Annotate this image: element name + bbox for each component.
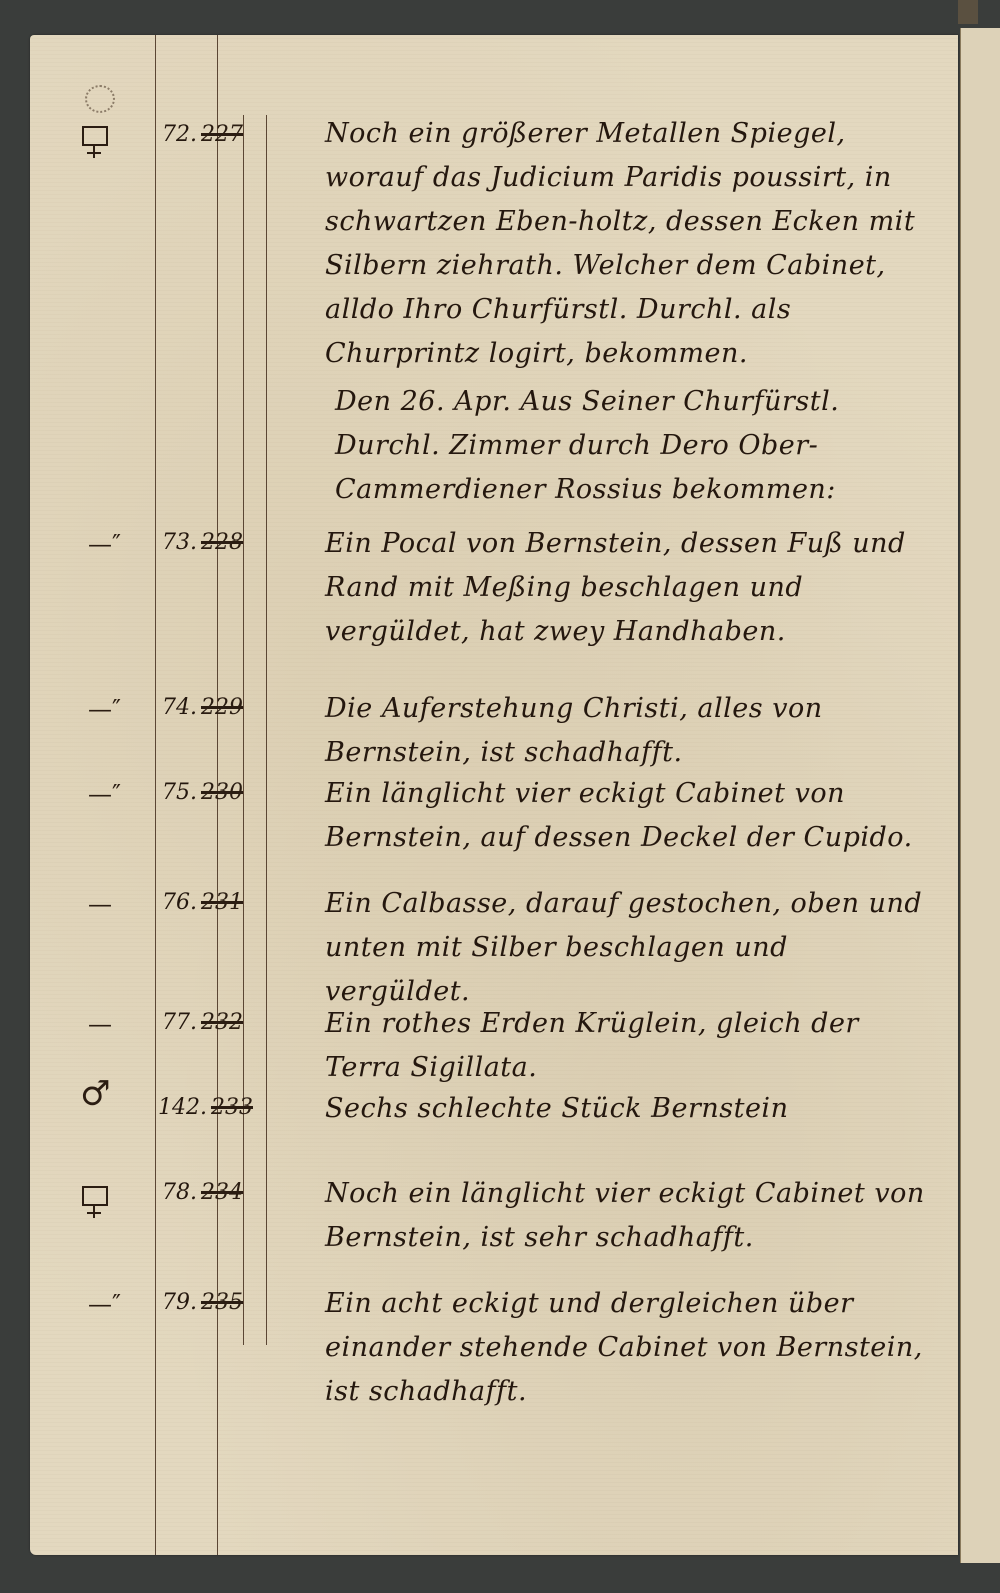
alchemical-box-symbol-icon: [82, 126, 108, 146]
entry-new-number: 142.: [158, 1095, 207, 1120]
entry-text: Sechs schlechte Stück Bernstein: [325, 1087, 935, 1131]
entry-text: Ein acht eckigt und dergleichen über ein…: [325, 1282, 935, 1414]
entry-new-number: 73.: [162, 530, 197, 555]
entry-text: Ein rothes Erden Krüglein, gleich der Te…: [325, 1002, 935, 1090]
margin-rule-4: [266, 115, 267, 1345]
entry-new-number: 72.: [162, 122, 197, 147]
ditto-marker: —″: [88, 1290, 121, 1318]
entry-number: 79.235: [162, 1290, 243, 1315]
dash-marker: —: [88, 890, 112, 918]
entry-old-number-struck: 233: [211, 1095, 253, 1120]
entry-new-number: 74.: [162, 695, 197, 720]
entry-text: Ein Calbasse, darauf gestochen, oben und…: [325, 882, 935, 1014]
dash-marker: —: [88, 1010, 112, 1038]
entry-text: Ein Pocal von Bernstein, dessen Fuß und …: [325, 522, 935, 654]
entry-number: 76.231: [162, 890, 243, 915]
entry-new-number: 79.: [162, 1290, 197, 1315]
mars-iron-symbol-icon: ♂: [80, 1077, 110, 1111]
ink-stamp-mark: [85, 85, 115, 113]
margin-rule-1: [155, 35, 156, 1555]
entry-number: 75.230: [162, 780, 243, 805]
entry-number: 73.228: [162, 530, 243, 555]
entry-old-number-struck: 235: [201, 1290, 243, 1315]
ditto-marker: —″: [88, 530, 121, 558]
entry-old-number-struck: 230: [201, 780, 243, 805]
entry-text: Ein länglicht vier eckigt Cabinet von Be…: [325, 772, 935, 860]
entry-old-number-struck: 228: [201, 530, 243, 555]
entry-text: Noch ein größerer Metallen Spiegel, wora…: [325, 112, 935, 376]
entry-text: Noch ein länglicht vier eckigt Cabinet v…: [325, 1172, 935, 1260]
entry-old-number-struck: 231: [201, 890, 243, 915]
entry-new-number: 76.: [162, 890, 197, 915]
manuscript-page: 72.227 Noch ein größerer Metallen Spiege…: [30, 35, 958, 1555]
entry-old-number-struck: 234: [201, 1180, 243, 1205]
entry-number: 142.233: [158, 1095, 253, 1120]
entry-new-number: 78.: [162, 1180, 197, 1205]
entry-old-number-struck: 229: [201, 695, 243, 720]
ditto-marker: —″: [88, 780, 121, 808]
adjacent-page-edge: [960, 28, 1000, 1563]
entry-number: 78.234: [162, 1180, 243, 1205]
ditto-marker: —″: [88, 695, 121, 723]
entry-new-number: 77.: [162, 1010, 197, 1035]
entry-number: 74.229: [162, 695, 243, 720]
entry-old-number-struck: 227: [201, 122, 243, 147]
entry-old-number-struck: 232: [201, 1010, 243, 1035]
date-note-text: Den 26. Apr. Aus Seiner Churfürstl. Durc…: [335, 380, 945, 512]
entry-new-number: 75.: [162, 780, 197, 805]
entry-number: 72.227: [162, 122, 243, 147]
entry-text: Die Auferstehung Christi, alles von Bern…: [325, 687, 935, 775]
binding-tab: [958, 0, 978, 24]
margin-rule-3: [243, 115, 244, 1345]
entry-number: 77.232: [162, 1010, 243, 1035]
alchemical-box-symbol-icon: [82, 1186, 108, 1206]
